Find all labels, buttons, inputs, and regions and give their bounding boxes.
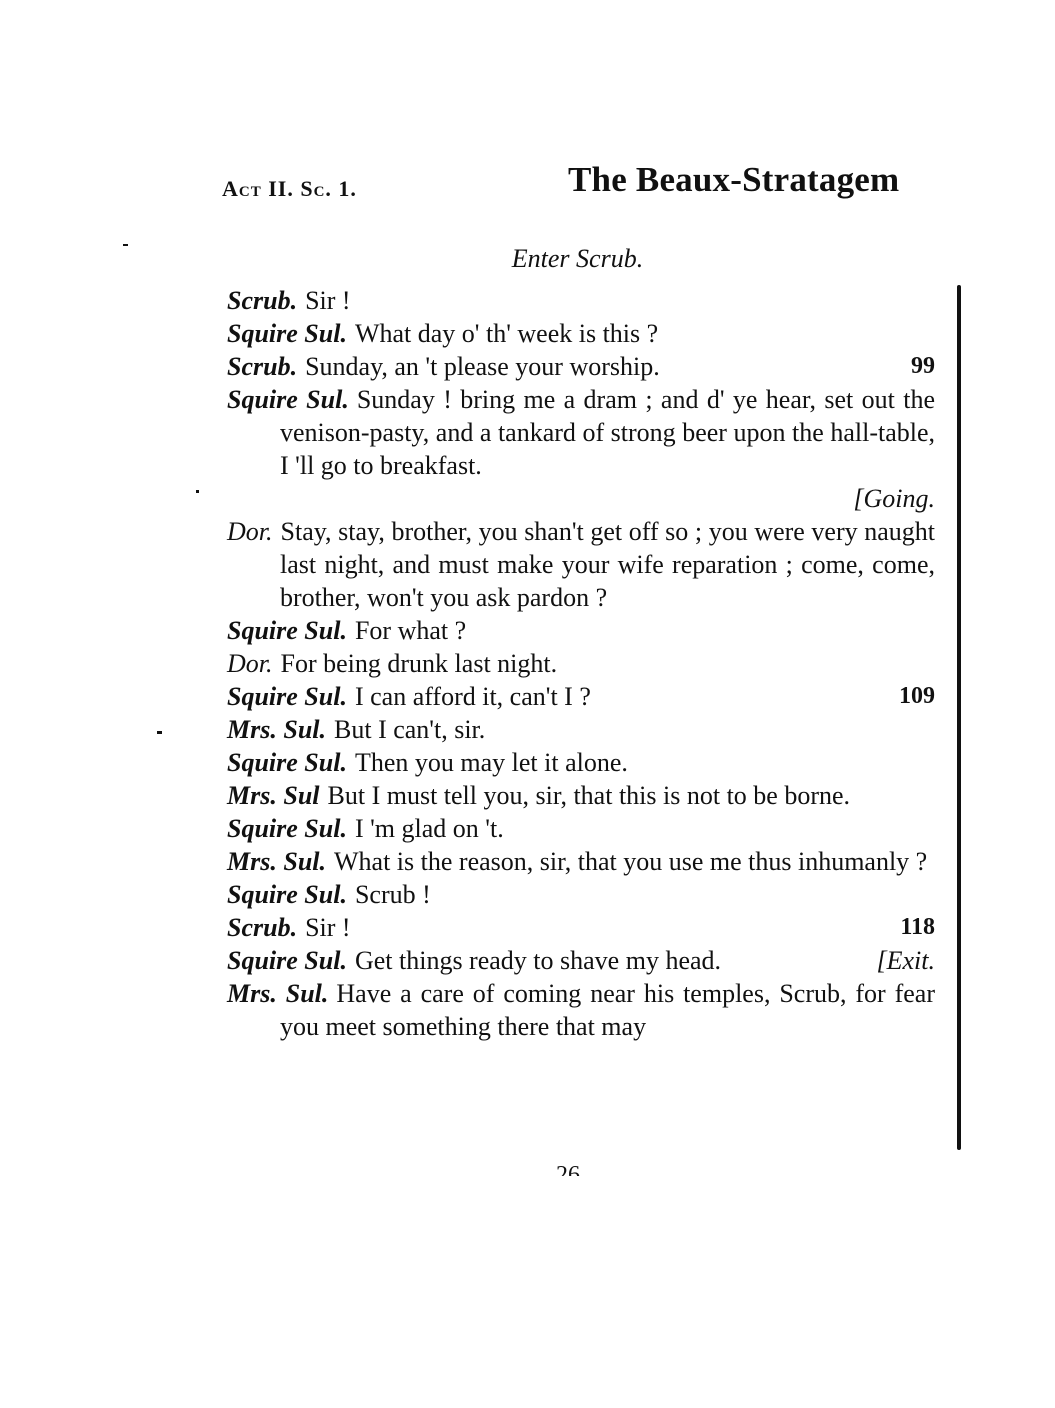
speech-text: What is the reason, sir, that you use me… [334,847,927,876]
speech-text: Get things ready to shave my head. [355,946,721,975]
margin-mark [196,490,199,493]
line-number: 118 [900,911,935,944]
stage-direction-entry: Enter Scrub. [0,244,1055,274]
speaker-name: Mrs. Sul. [227,715,326,744]
speaker-name: Squire Sul. [227,946,347,975]
line-number: 109 [899,680,935,713]
speech: Squire Sul.For what ? [227,614,935,647]
speech-text: But I can't, sir. [334,715,485,744]
speech: Mrs. SulBut I must tell you, sir, that t… [227,779,935,812]
speech-text: Sir ! [305,913,351,942]
speaker-name: Mrs. Sul. [227,979,328,1008]
speaker-name: Mrs. Sul [227,781,320,810]
speech: Scrub.Sir ! [227,284,935,317]
speech: Mrs. Sul.What is the reason, sir, that y… [227,845,935,878]
speech: Squire Sul.I 'm glad on 't. [227,812,935,845]
speaker-name: Dor. [227,649,273,678]
book-page: Act II. Sc. 1. The Beaux-Stratagem Enter… [0,0,1055,1408]
speech-text: Then you may let it alone. [355,748,628,777]
speaker-name: Scrub. [227,352,297,381]
speaker-name: Dor. [227,517,273,546]
speaker-name: Scrub. [227,286,297,315]
speech-text: Sir ! [305,286,351,315]
speech-text: Sunday ! bring me a dram ; and d' ye hea… [280,385,935,480]
speech: Squire Sul.Scrub ! [227,878,935,911]
speaker-name: Squire Sul. [227,385,349,414]
speech-text: For being drunk last night. [281,649,558,678]
speech-text: Scrub ! [355,880,431,909]
speech: Mrs. Sul.But I can't, sir. [227,713,935,746]
speaker-name: Squire Sul. [227,880,347,909]
speech: Squire Sul.Get things ready to shave my … [227,944,935,977]
speech-text: For what ? [355,616,466,645]
speaker-name: Squire Sul. [227,682,347,711]
speech-text: But I must tell you, sir, that this is n… [328,781,851,810]
running-head-act-scene: Act II. Sc. 1. [222,176,357,202]
speaker-name: Squire Sul. [227,814,347,843]
speech: Squire Sul.I can afford it, can't I ?109 [227,680,935,713]
speaker-name: Squire Sul. [227,748,347,777]
speech: Dor.Stay, stay, brother, you shan't get … [227,515,935,614]
line-number: 99 [911,350,935,383]
running-head-title: The Beaux-Stratagem [568,160,899,200]
page-number: 26 [556,1162,580,1176]
speaker-name: Squire Sul. [227,616,347,645]
speech-text: Stay, stay, brother, you shan't get off … [280,517,935,612]
play-text: Scrub.Sir ! Squire Sul.What day o' th' w… [227,284,935,1043]
speech: Scrub.Sunday, an 't please your worship.… [227,350,935,383]
stage-direction: [Going. [280,482,935,515]
speech: Mrs. Sul.Have a care of coming near his … [227,977,935,1043]
speech: Squire Sul.Sunday ! bring me a dram ; an… [227,383,935,515]
margin-mark [157,731,162,734]
speech-text: What day o' th' week is this ? [355,319,658,348]
speech: Squire Sul.What day o' th' week is this … [227,317,935,350]
margin-mark [123,244,128,246]
speaker-name: Squire Sul. [227,319,347,348]
speech-text: I can afford it, can't I ? [355,682,591,711]
speech-text: Sunday, an 't please your worship. [305,352,660,381]
speech: Squire Sul.Then you may let it alone. [227,746,935,779]
speech-text: Have a care of coming near his temples, … [280,979,935,1041]
speech: Dor.For being drunk last night. [227,647,935,680]
speech-text: I 'm glad on 't. [355,814,504,843]
speech: Scrub.Sir !118 [227,911,935,944]
speaker-name: Mrs. Sul. [227,847,326,876]
stage-direction: [Exit. [877,944,936,977]
speaker-name: Scrub. [227,913,297,942]
page-edge-rule [957,285,961,1150]
